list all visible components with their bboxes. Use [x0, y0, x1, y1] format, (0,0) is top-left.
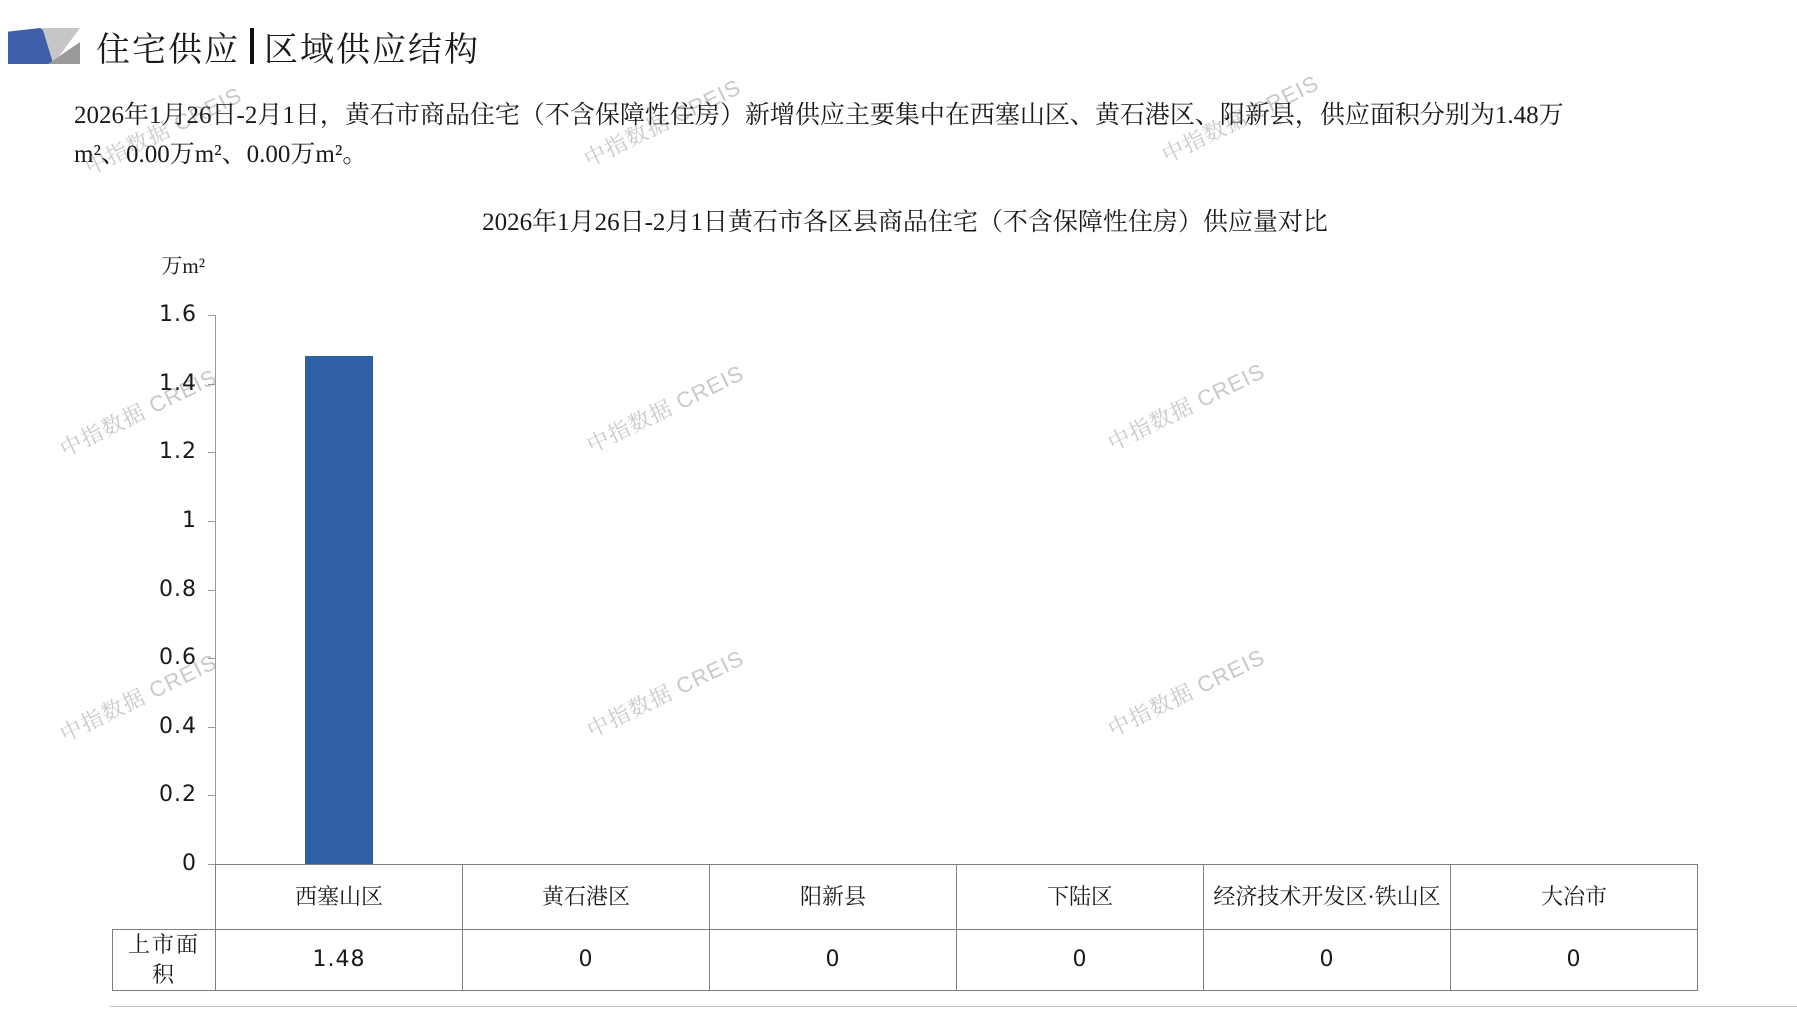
table-row-label: 上市面积 [113, 930, 216, 991]
summary-line-1: 2026年1月26日-2月1日，黄石市商品住宅（不含保障性住房）新增供应主要集中… [74, 96, 1754, 135]
y-axis-unit-label: 万m² [115, 250, 205, 280]
y-axis-tick [208, 452, 215, 453]
y-axis-tick [208, 315, 215, 316]
summary-line-2: m²、0.00万m²、0.00万m²。 [74, 135, 1754, 174]
y-axis-tick [208, 795, 215, 796]
y-axis-tick [208, 727, 215, 728]
data-table: 西塞山区黄石港区阳新县下陆区经济技术开发区·铁山区大冶市上市面积1.480000… [112, 864, 1698, 991]
table-value-row: 上市面积1.4800000 [113, 930, 1698, 991]
table-header-cell-4: 经济技术开发区·铁山区 [1204, 865, 1451, 930]
y-axis-tick-label: 1.4 [107, 370, 197, 398]
y-axis-tick-label: 1.2 [107, 438, 197, 466]
chart-bar-0 [305, 356, 373, 864]
table-value-cell-0: 1.48 [216, 930, 463, 991]
y-axis-tick-label: 0.2 [107, 781, 197, 809]
page-header: 住宅供应 区域供应结构 [8, 24, 480, 68]
y-axis-tick [208, 384, 215, 385]
y-axis-tick-label: 0.4 [107, 713, 197, 741]
table-value-cell-4: 0 [1204, 930, 1451, 991]
summary-paragraph: 2026年1月26日-2月1日，黄石市商品住宅（不含保障性住房）新增供应主要集中… [74, 96, 1754, 174]
y-axis-tick [208, 658, 215, 659]
page-title-right: 区域供应结构 [264, 22, 480, 71]
table-value-cell-3: 0 [957, 930, 1204, 991]
y-axis-tick-label: 1 [107, 507, 197, 535]
report-page: 中指数据 CREIS中指数据 CREIS中指数据 CREIS中指数据 CREIS… [0, 0, 1797, 1010]
y-axis-tick-label: 1.6 [107, 301, 197, 329]
creis-logo-icon [8, 28, 80, 64]
table-value-cell-2: 0 [710, 930, 957, 991]
title-divider [250, 28, 254, 64]
y-axis-tick [208, 521, 215, 522]
page-title: 住宅供应 区域供应结构 [96, 22, 480, 71]
table-header-cell-1: 黄石港区 [463, 865, 710, 930]
table-header-cell-0: 西塞山区 [216, 865, 463, 930]
table-header-cell-3: 下陆区 [957, 865, 1204, 930]
table-header-cell-5: 大冶市 [1451, 865, 1698, 930]
y-axis-tick [208, 590, 215, 591]
page-title-left: 住宅供应 [96, 22, 240, 71]
y-axis-tick-label: 0.6 [107, 644, 197, 672]
table-header-row: 西塞山区黄石港区阳新县下陆区经济技术开发区·铁山区大冶市 [113, 865, 1698, 930]
chart-title: 2026年1月26日-2月1日黄石市各区县商品住宅（不含保障性住房）供应量对比 [113, 202, 1697, 238]
y-axis-line [215, 315, 216, 864]
table-header-cell-2: 阳新县 [710, 865, 957, 930]
y-axis-tick-label: 0.8 [107, 576, 197, 604]
table-corner-blank [113, 865, 216, 930]
table-value-cell-1: 0 [463, 930, 710, 991]
table-value-cell-5: 0 [1451, 930, 1698, 991]
